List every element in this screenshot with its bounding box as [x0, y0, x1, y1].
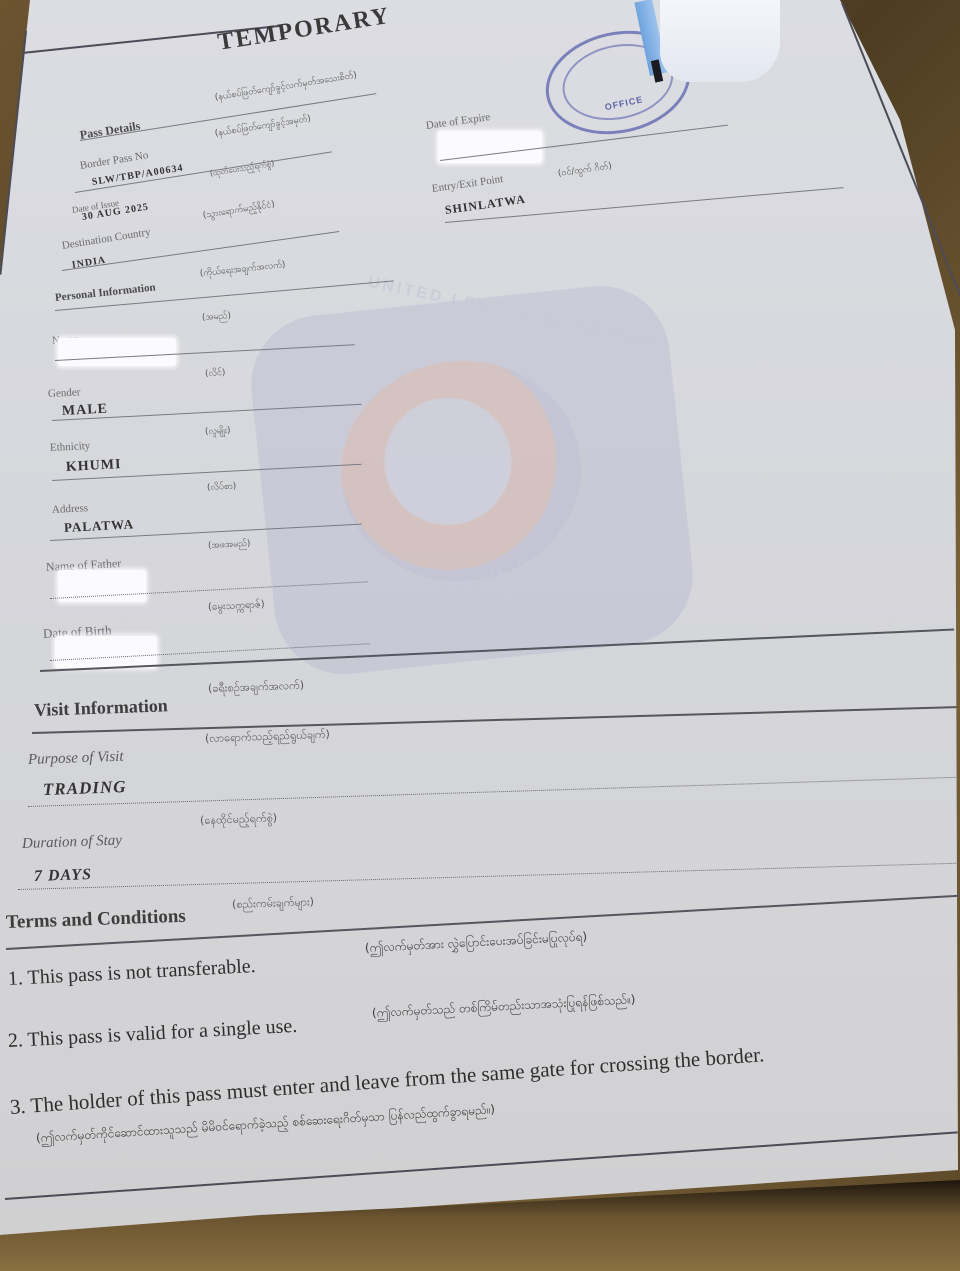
finger-redaction: [660, 0, 780, 82]
ethnicity-label: Ethnicity: [50, 440, 91, 454]
duration-label: Duration of Stay: [22, 833, 123, 853]
purpose-value: TRADING: [43, 777, 127, 800]
gender-mm: (လိင်): [205, 367, 226, 381]
dob-mm: (မွေးသက္ကရာဇ်): [208, 597, 265, 615]
gender-label: Gender: [48, 386, 81, 400]
address-label: Address: [52, 502, 89, 516]
visit-info-heading-mm: (ခရီးစဉ်အချက်အလက်): [208, 679, 305, 698]
ethnicity-value: KHUMI: [66, 457, 122, 476]
name-redacted: [58, 338, 176, 366]
address-mm: (လိပ်စာ): [207, 480, 237, 495]
duration-mm: (နေထိုင်မည့်ရက်စွဲ): [200, 811, 278, 830]
duration-value: 7 DAYS: [34, 866, 93, 886]
ethnicity-mm: (လူမျိုး): [205, 425, 231, 439]
name-mm: (အမည်): [202, 310, 232, 325]
watermark-seal: UNITED LEAGUE OF ARAKAN UNITED LEAGUE OF…: [244, 279, 699, 681]
purpose-label: Purpose of Visit: [28, 749, 124, 769]
dob-redacted: [55, 636, 157, 668]
father-name-mm: (အဖအမည်): [208, 538, 251, 553]
terms-heading-mm: (စည်းကမ်းချက်များ): [232, 895, 315, 914]
